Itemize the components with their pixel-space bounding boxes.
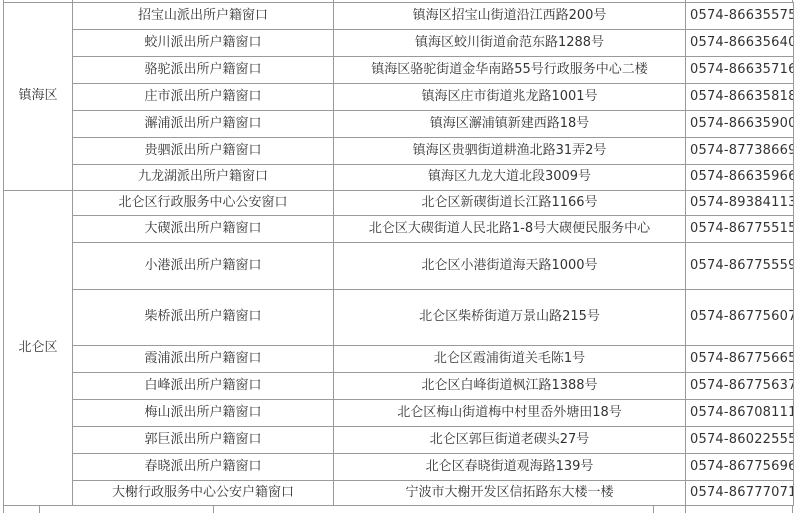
- address-cell: 镇海区庄市街道兆龙路1001号: [334, 84, 686, 111]
- table-row: 春晓派出所户籍窗口北仑区春晓街道观海路139号0574-86775696: [4, 454, 794, 481]
- address-cell: 镇海区蛟川街道俞范东路1288号: [334, 30, 686, 57]
- phone-cell: 0574-86635966: [686, 165, 794, 191]
- phone-cell: 0574-86777071: [686, 481, 794, 506]
- phone-cell: 0574-86635640: [686, 30, 794, 57]
- address-cell: 北仑区郭巨街道老碶头27号: [334, 427, 686, 454]
- phone-cell: 0574-86775637: [686, 373, 794, 400]
- phone-cell: 0574-86635818: [686, 84, 794, 111]
- table-row: 九龙湖派出所户籍窗口镇海区九龙大道北段3009号0574-86635966: [4, 165, 794, 191]
- district-label: 镇海区: [4, 3, 73, 191]
- phone-cell: 0574-86635575: [686, 3, 794, 30]
- table-row: 大碶派出所户籍窗口北仑区大碶街道人民北路1-8号大碶便民服务中心0574-867…: [4, 216, 794, 243]
- address-cell: 镇海区九龙大道北段3009号: [334, 165, 686, 191]
- window-name-cell: 九龙湖派出所户籍窗口: [73, 165, 334, 191]
- table-row: 霞浦派出所户籍窗口北仑区霞浦街道关毛陈1号0574-86775665: [4, 346, 794, 373]
- table-row: 大榭行政服务中心公安户籍窗口宁波市大榭开发区信拓路东大楼一楼0574-86777…: [4, 481, 794, 506]
- window-name-cell: 大榭行政服务中心公安户籍窗口: [73, 481, 334, 506]
- table-row: 柴桥派出所户籍窗口北仑区柴桥街道万景山路215号0574-86775607: [4, 290, 794, 346]
- table-gridline: [213, 505, 214, 513]
- address-cell: 北仑区白峰街道枫江路1388号: [334, 373, 686, 400]
- window-name-cell: 梅山派出所户籍窗口: [73, 400, 334, 427]
- address-cell: 北仑区新碶街道长江路1166号: [334, 191, 686, 216]
- table-row: 贵驷派出所户籍窗口镇海区贵驷街道耕渔北路31弄2号0574-87738669: [4, 138, 794, 165]
- address-cell: 北仑区柴桥街道万景山路215号: [334, 290, 686, 346]
- table-body: 镇海区招宝山派出所户籍窗口镇海区招宝山街道沿江西路200号0574-866355…: [4, 3, 794, 506]
- household-registration-directory-table: 镇海区招宝山派出所户籍窗口镇海区招宝山街道沿江西路200号0574-866355…: [0, 0, 800, 513]
- table-row: 庄市派出所户籍窗口镇海区庄市街道兆龙路1001号0574-86635818: [4, 84, 794, 111]
- table-gridline: [792, 505, 793, 513]
- table-row: 澥浦派出所户籍窗口镇海区澥浦镇新建西路18号0574-86635900: [4, 111, 794, 138]
- phone-cell: 0574-87738669: [686, 138, 794, 165]
- phone-cell: 0574-86775515: [686, 216, 794, 243]
- address-cell: 北仑区小港街道海天路1000号: [334, 243, 686, 290]
- service-window-table: 镇海区招宝山派出所户籍窗口镇海区招宝山街道沿江西路200号0574-866355…: [3, 2, 794, 506]
- phone-cell: 0574-89384113: [686, 191, 794, 216]
- window-name-cell: 小港派出所户籍窗口: [73, 243, 334, 290]
- table-row: 郭巨派出所户籍窗口北仑区郭巨街道老碶头27号0574-86022555: [4, 427, 794, 454]
- address-cell: 宁波市大榭开发区信拓路东大楼一楼: [334, 481, 686, 506]
- table-gridline: [39, 505, 40, 513]
- window-name-cell: 大碶派出所户籍窗口: [73, 216, 334, 243]
- table-row: 骆驼派出所户籍窗口镇海区骆驼街道金华南路55号行政服务中心二楼0574-8663…: [4, 57, 794, 84]
- phone-cell: 0574-86635716: [686, 57, 794, 84]
- phone-cell: 0574-86775696: [686, 454, 794, 481]
- window-name-cell: 招宝山派出所户籍窗口: [73, 3, 334, 30]
- window-name-cell: 蛟川派出所户籍窗口: [73, 30, 334, 57]
- address-cell: 北仑区春晓街道观海路139号: [334, 454, 686, 481]
- address-cell: 镇海区招宝山街道沿江西路200号: [334, 3, 686, 30]
- window-name-cell: 贵驷派出所户籍窗口: [73, 138, 334, 165]
- phone-cell: 0574-86775607: [686, 290, 794, 346]
- window-name-cell: 白峰派出所户籍窗口: [73, 373, 334, 400]
- window-name-cell: 庄市派出所户籍窗口: [73, 84, 334, 111]
- phone-cell: 0574-86708111: [686, 400, 794, 427]
- table-gridline: [3, 505, 793, 506]
- window-name-cell: 春晓派出所户籍窗口: [73, 454, 334, 481]
- phone-cell: 0574-86635900: [686, 111, 794, 138]
- table-row: 北仑区北仑区行政服务中心公安窗口北仑区新碶街道长江路1166号0574-8938…: [4, 191, 794, 216]
- address-cell: 北仑区大碶街道人民北路1-8号大碶便民服务中心: [334, 216, 686, 243]
- table-gridline: [685, 505, 686, 513]
- table-row: 白峰派出所户籍窗口北仑区白峰街道枫江路1388号0574-86775637: [4, 373, 794, 400]
- address-cell: 镇海区贵驷街道耕渔北路31弄2号: [334, 138, 686, 165]
- window-name-cell: 澥浦派出所户籍窗口: [73, 111, 334, 138]
- window-name-cell: 北仑区行政服务中心公安窗口: [73, 191, 334, 216]
- district-label: 北仑区: [4, 191, 73, 506]
- table-row: 蛟川派出所户籍窗口镇海区蛟川街道俞范东路1288号0574-86635640: [4, 30, 794, 57]
- window-name-cell: 骆驼派出所户籍窗口: [73, 57, 334, 84]
- table-row: 小港派出所户籍窗口北仑区小港街道海天路1000号0574-86775559: [4, 243, 794, 290]
- table-row: 梅山派出所户籍窗口北仑区梅山街道梅中村里岙外塘田18号0574-86708111: [4, 400, 794, 427]
- window-name-cell: 郭巨派出所户籍窗口: [73, 427, 334, 454]
- address-cell: 镇海区骆驼街道金华南路55号行政服务中心二楼: [334, 57, 686, 84]
- table-gridline: [3, 505, 4, 513]
- address-cell: 镇海区澥浦镇新建西路18号: [334, 111, 686, 138]
- phone-cell: 0574-86775665: [686, 346, 794, 373]
- table-gridline: [653, 505, 654, 513]
- window-name-cell: 霞浦派出所户籍窗口: [73, 346, 334, 373]
- address-cell: 北仑区梅山街道梅中村里岙外塘田18号: [334, 400, 686, 427]
- address-cell: 北仑区霞浦街道关毛陈1号: [334, 346, 686, 373]
- phone-cell: 0574-86775559: [686, 243, 794, 290]
- phone-cell: 0574-86022555: [686, 427, 794, 454]
- window-name-cell: 柴桥派出所户籍窗口: [73, 290, 334, 346]
- table-row: 镇海区招宝山派出所户籍窗口镇海区招宝山街道沿江西路200号0574-866355…: [4, 3, 794, 30]
